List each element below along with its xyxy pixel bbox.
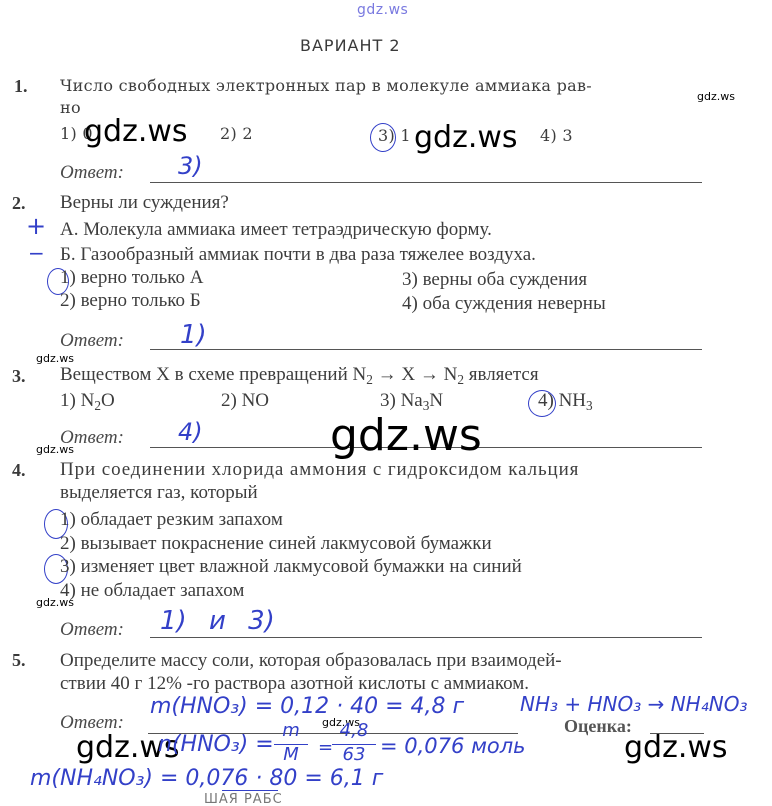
watermark: gdz.ws — [36, 596, 74, 609]
page-title: ВАРИАНТ 2 — [300, 36, 401, 55]
grade-label: Оценка: — [564, 716, 632, 737]
fraction-2-numerator: 4,8 — [334, 720, 374, 741]
q3-option-1: 1) N2O — [60, 390, 115, 414]
question-4-text-cont: выделяется газ, который — [60, 482, 258, 504]
handwritten-answer-2: 1) — [180, 320, 207, 350]
question-3-number: 3. — [12, 366, 26, 387]
answer-label: Ответ: — [60, 162, 124, 184]
watermark: gdz.ws — [624, 730, 728, 765]
q1-option-4: 4) 3 — [540, 126, 573, 145]
q4-option-4: 4) не обладает запахом — [60, 580, 244, 602]
question-5-text-cont: ствии 40 г 12% -го раствора азотной кисл… — [60, 673, 529, 695]
minus-mark: − — [28, 241, 45, 265]
q3-option-2: 2) NO — [221, 390, 269, 412]
answer-line — [150, 182, 702, 183]
solution-line-1: m(HNO₃) = 0,12 · 40 = 4,8 г — [150, 694, 464, 719]
result-underline — [222, 790, 278, 791]
statement-a: А. Молекула аммиака имеет тетраэдрическу… — [60, 219, 492, 241]
q4-option-3: 3) изменяет цвет влажной лакмусовой бума… — [60, 556, 522, 578]
question-4-text: При соединении хлорида аммония с гидрокс… — [60, 459, 579, 481]
question-2-number: 2. — [12, 193, 26, 214]
footer-cut-text: ШАЯ РАБС — [204, 792, 283, 806]
answer-label: Ответ: — [60, 330, 124, 352]
fraction-1-denominator: M — [276, 744, 306, 765]
plus-mark: + — [26, 212, 46, 240]
handwritten-answer-4: 1) и 3) — [160, 606, 275, 636]
watermark-top: gdz.ws — [357, 2, 408, 18]
handwritten-answer-3: 4) — [178, 418, 203, 446]
q2-option-3: 3) верны оба суждения — [402, 269, 587, 291]
fraction-2-denominator: 63 — [334, 744, 374, 765]
question-4-number: 4. — [12, 460, 26, 481]
handwritten-answer-1: 3) — [178, 152, 203, 180]
watermark-large: gdz.ws — [330, 410, 482, 461]
watermark: gdz.ws — [697, 90, 735, 103]
solution-line-2-result: = 0,076 моль — [380, 734, 526, 758]
q2-option-4: 4) оба суждения неверны — [402, 293, 606, 315]
q3-option-4: 4) NH3 — [538, 390, 593, 414]
question-5-number: 5. — [12, 650, 26, 671]
q2-option-1: 1) верно только А — [60, 267, 203, 289]
fraction-1-numerator: m — [276, 720, 306, 741]
question-1-text: Число свободных электронных пар в молеку… — [60, 76, 592, 95]
answer-line — [150, 637, 702, 638]
q1-option-3: 3) 1 — [378, 126, 411, 145]
solution-line-2-lhs: n(HNO₃) = — [158, 732, 274, 757]
watermark: gdz.ws — [84, 114, 188, 149]
watermark: gdz.ws — [36, 443, 74, 456]
answer-label: Ответ: — [60, 619, 124, 641]
q4-option-2: 2) вызывает покраснение синей лакмусовой… — [60, 533, 492, 555]
statement-b: Б. Газообразный аммиак почти в два раза … — [60, 244, 536, 266]
q4-option-1: 1) обладает резким запахом — [60, 509, 283, 531]
question-5-text: Определите массу соли, которая образовал… — [60, 650, 562, 672]
solution-reaction: NH₃ + HNO₃ → NH₄NO₃ — [520, 692, 747, 716]
q1-option-2: 2) 2 — [220, 124, 253, 143]
q2-option-2: 2) верно только Б — [60, 290, 201, 312]
answer-line — [150, 349, 702, 350]
question-3-text: Веществом X в схеме превращений N2 → X →… — [60, 364, 539, 388]
solution-line-3: m(NH₄NO₃) = 0,076 · 80 = 6,1 г — [30, 766, 383, 791]
question-1-text-cont: но — [60, 98, 81, 117]
equals: = — [318, 737, 333, 758]
question-2-text: Верны ли суждения? — [60, 192, 229, 214]
question-1-number: 1. — [14, 76, 28, 97]
watermark: gdz.ws — [414, 120, 518, 155]
